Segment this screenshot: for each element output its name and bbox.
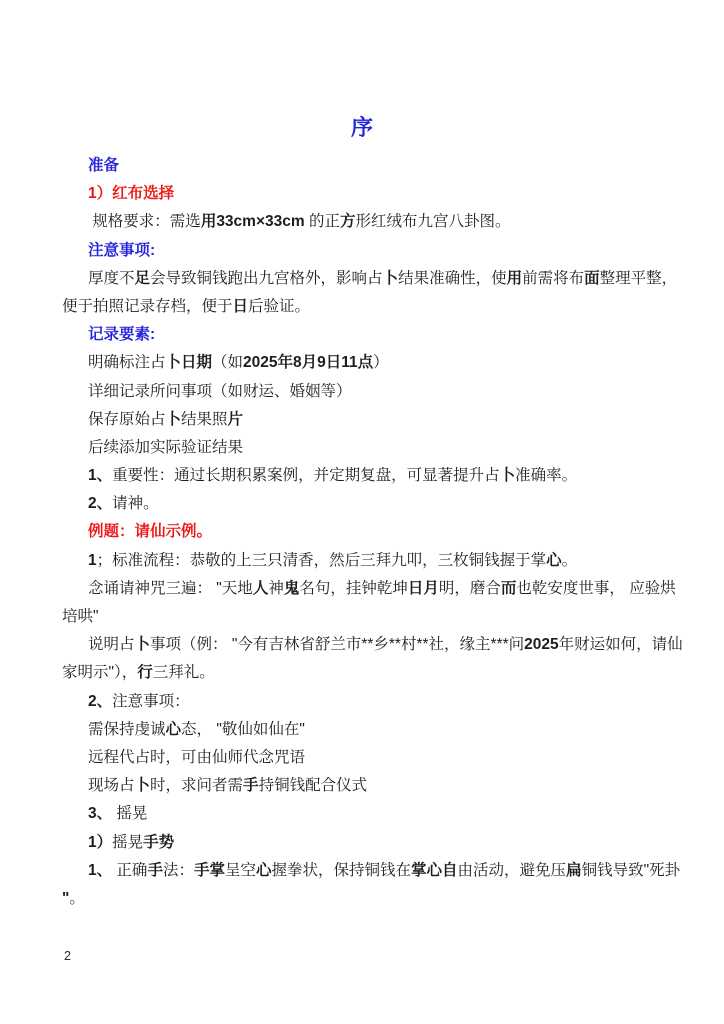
text-segment: 卜	[135, 636, 151, 653]
text-segment: 行	[137, 664, 153, 681]
text-line: 现场占卜时，求问者需手持铜钱配合仪式	[62, 772, 662, 800]
text-line: 2、注意事项：	[62, 688, 662, 716]
text-line: "。	[62, 885, 662, 913]
text-segment: 2025年8月9日11点	[243, 354, 373, 371]
text-segment: 人	[253, 580, 269, 597]
text-line: 注意事项:	[62, 237, 662, 265]
document-body: 序准备1）红布选择 规格要求：需选用33cm×33cm 的正方形红绒布九宫八卦图…	[62, 113, 662, 913]
text-segment: 心	[546, 552, 562, 569]
text-line: 保存原始占卜结果照片	[62, 406, 662, 434]
text-line: 便于拍照记录存档，便于日后验证。	[62, 293, 662, 321]
text-segment: 序	[351, 115, 373, 140]
text-segment: 态， "敬仙如仙在"	[181, 721, 305, 738]
text-segment: 握拳状，保持铜钱在	[272, 862, 412, 879]
text-segment: 保存原始占	[88, 411, 166, 428]
text-segment: 心	[256, 862, 272, 879]
text-segment: 1、	[88, 862, 112, 879]
text-line: 1、重要性：通过长期积累案例，并定期复盘，可显著提升占卜准确率。	[62, 462, 662, 490]
text-line: 规格要求：需选用33cm×33cm 的正方形红绒布九宫八卦图。	[62, 208, 662, 236]
text-segment: 手势	[143, 834, 174, 851]
text-segment: 结果照	[181, 411, 228, 428]
text-segment: 1、	[88, 467, 112, 484]
text-segment: 详细记录所问事项（如财运、婚姻等）	[88, 383, 352, 400]
text-segment: 手掌	[194, 862, 225, 879]
text-segment: 三拜礼。	[153, 664, 215, 681]
text-line: 念诵请神咒三遍： "天地人神鬼名句，挂钟乾坤日月明，磨合而也乾安度世事， 应验烘	[62, 575, 662, 603]
text-line: 记录要素:	[62, 321, 662, 349]
text-segment: 手	[243, 777, 259, 794]
text-line: 家明示"），行三拜礼。	[62, 659, 662, 687]
text-segment: 方	[340, 213, 356, 230]
text-segment: 记录要素:	[88, 326, 155, 343]
text-segment: 呈空	[225, 862, 256, 879]
text-segment: 培哄"	[62, 608, 99, 625]
text-segment: 现场占	[88, 777, 135, 794]
text-segment: 1）	[88, 834, 112, 851]
text-segment: 由活动，避免压	[458, 862, 567, 879]
text-segment: 2、	[88, 495, 112, 512]
text-segment: 手	[147, 862, 163, 879]
document-title: 序	[62, 113, 662, 143]
text-segment: 扁	[566, 862, 582, 879]
text-line: 明确标注占卜日期（如2025年8月9日11点）	[62, 349, 662, 377]
text-segment: 整理平整，	[600, 270, 678, 287]
text-segment: 卜	[166, 411, 182, 428]
text-segment: 用	[507, 270, 523, 287]
text-segment: 时，求问者需	[150, 777, 243, 794]
text-segment: 2025	[524, 636, 558, 653]
page-number: 2	[64, 948, 71, 964]
text-segment: 便于拍照记录存档，便于	[62, 298, 233, 315]
text-segment: 形红绒布九宫八卦图。	[355, 213, 510, 230]
text-segment: 准确率。	[515, 467, 577, 484]
text-segment: 注意事项:	[88, 242, 155, 259]
text-segment: 家明示"），	[62, 664, 137, 681]
text-segment: 法：	[163, 862, 194, 879]
text-segment: 名句，挂钟乾坤	[299, 580, 408, 597]
text-segment: 1）红布选择	[88, 185, 174, 202]
text-line: 1、 正确手法：手掌呈空心握拳状，保持铜钱在掌心自由活动，避免压扁铜钱导致"死卦	[62, 857, 662, 885]
text-segment: 明确标注占	[88, 354, 166, 371]
text-line: 准备	[62, 152, 662, 180]
text-segment: 正确	[112, 862, 147, 879]
text-segment: 神	[268, 580, 284, 597]
text-line: 厚度不足会导致铜钱跑出九宫格外，影响占卜结果准确性，使用前需将布面整理平整，	[62, 265, 662, 293]
text-segment: 年财运如何，请仙	[559, 636, 683, 653]
text-segment: 远程代占时，可由仙师代念咒语	[88, 749, 305, 766]
text-line: 1；标准流程：恭敬的上三只清香，然后三拜九叩，三枚铜钱握于掌心。	[62, 547, 662, 575]
text-segment: 。	[562, 552, 578, 569]
text-line: 培哄"	[62, 603, 662, 631]
text-segment: 准备	[88, 157, 119, 174]
text-segment: 摇晃	[112, 805, 147, 822]
text-segment: 例题：请仙示例。	[88, 523, 212, 540]
text-segment: 而	[501, 580, 517, 597]
text-segment: 规格要求：需选	[88, 213, 201, 230]
text-segment: 面	[584, 270, 600, 287]
text-segment: 厚度不	[88, 270, 135, 287]
text-segment: 后续添加实际验证结果	[88, 439, 243, 456]
text-segment: 持铜钱配合仪式	[259, 777, 368, 794]
text-segment: 掌心自	[411, 862, 458, 879]
document-page: 序准备1）红布选择 规格要求：需选用33cm×33cm 的正方形红绒布九宫八卦图…	[0, 0, 724, 1024]
text-segment: 念诵请神咒三遍： "天地	[88, 580, 253, 597]
text-segment: 前需将布	[522, 270, 584, 287]
text-segment: （如	[212, 354, 243, 371]
text-line: 远程代占时，可由仙师代念咒语	[62, 744, 662, 772]
text-segment: 用33cm×33cm	[201, 213, 305, 230]
text-line: 3、 摇晃	[62, 800, 662, 828]
text-segment: 注意事项：	[112, 693, 190, 710]
text-segment: 1	[88, 552, 97, 569]
text-segment: 心	[166, 721, 182, 738]
text-segment: 请神。	[112, 495, 159, 512]
text-segment: 后验证。	[248, 298, 310, 315]
text-segment: 摇晃	[112, 834, 143, 851]
text-line: 例题：请仙示例。	[62, 518, 662, 546]
text-segment: 日月	[408, 580, 439, 597]
text-line: 2、请神。	[62, 490, 662, 518]
text-line: 说明占卜事项（例： "今有吉林省舒兰市**乡**村**社，缘主***问2025年…	[62, 631, 662, 659]
text-line: 后续添加实际验证结果	[62, 434, 662, 462]
text-segment: 结果准确性，使	[398, 270, 507, 287]
text-segment: 卜	[383, 270, 399, 287]
text-segment: 2、	[88, 693, 112, 710]
text-line: 1）红布选择	[62, 180, 662, 208]
text-segment: 需保持虔诚	[88, 721, 166, 738]
text-segment: 也乾安度世事， 应验烘	[516, 580, 675, 597]
text-segment: 说明占	[88, 636, 135, 653]
text-line: 1）摇晃手势	[62, 829, 662, 857]
text-segment: 的正	[305, 213, 340, 230]
text-segment: 卜	[500, 467, 516, 484]
text-segment: 重要性：通过长期积累案例，并定期复盘，可显著提升占	[112, 467, 500, 484]
text-segment: 片	[228, 411, 244, 428]
text-segment: 会导致铜钱跑出九宫格外，影响占	[150, 270, 383, 287]
text-segment: ；标准流程：恭敬的上三只清香，然后三拜九叩，三枚铜钱握于掌	[97, 552, 547, 569]
text-segment: 鬼	[284, 580, 300, 597]
text-segment: 3、	[88, 805, 112, 822]
text-segment: 卜	[135, 777, 151, 794]
text-segment: 明，磨合	[439, 580, 501, 597]
text-segment: 足	[135, 270, 151, 287]
text-segment: 卜日期	[166, 354, 213, 371]
text-line: 需保持虔诚心态， "敬仙如仙在"	[62, 716, 662, 744]
text-segment: 事项（例： "今有吉林省舒兰市**乡**村**社，缘主***问	[150, 636, 524, 653]
text-segment: ）	[373, 354, 389, 371]
text-line: 详细记录所问事项（如财运、婚姻等）	[62, 378, 662, 406]
text-segment: 日	[233, 298, 249, 315]
text-segment: 。	[69, 890, 85, 907]
text-segment: 铜钱导致"死卦	[582, 862, 681, 879]
